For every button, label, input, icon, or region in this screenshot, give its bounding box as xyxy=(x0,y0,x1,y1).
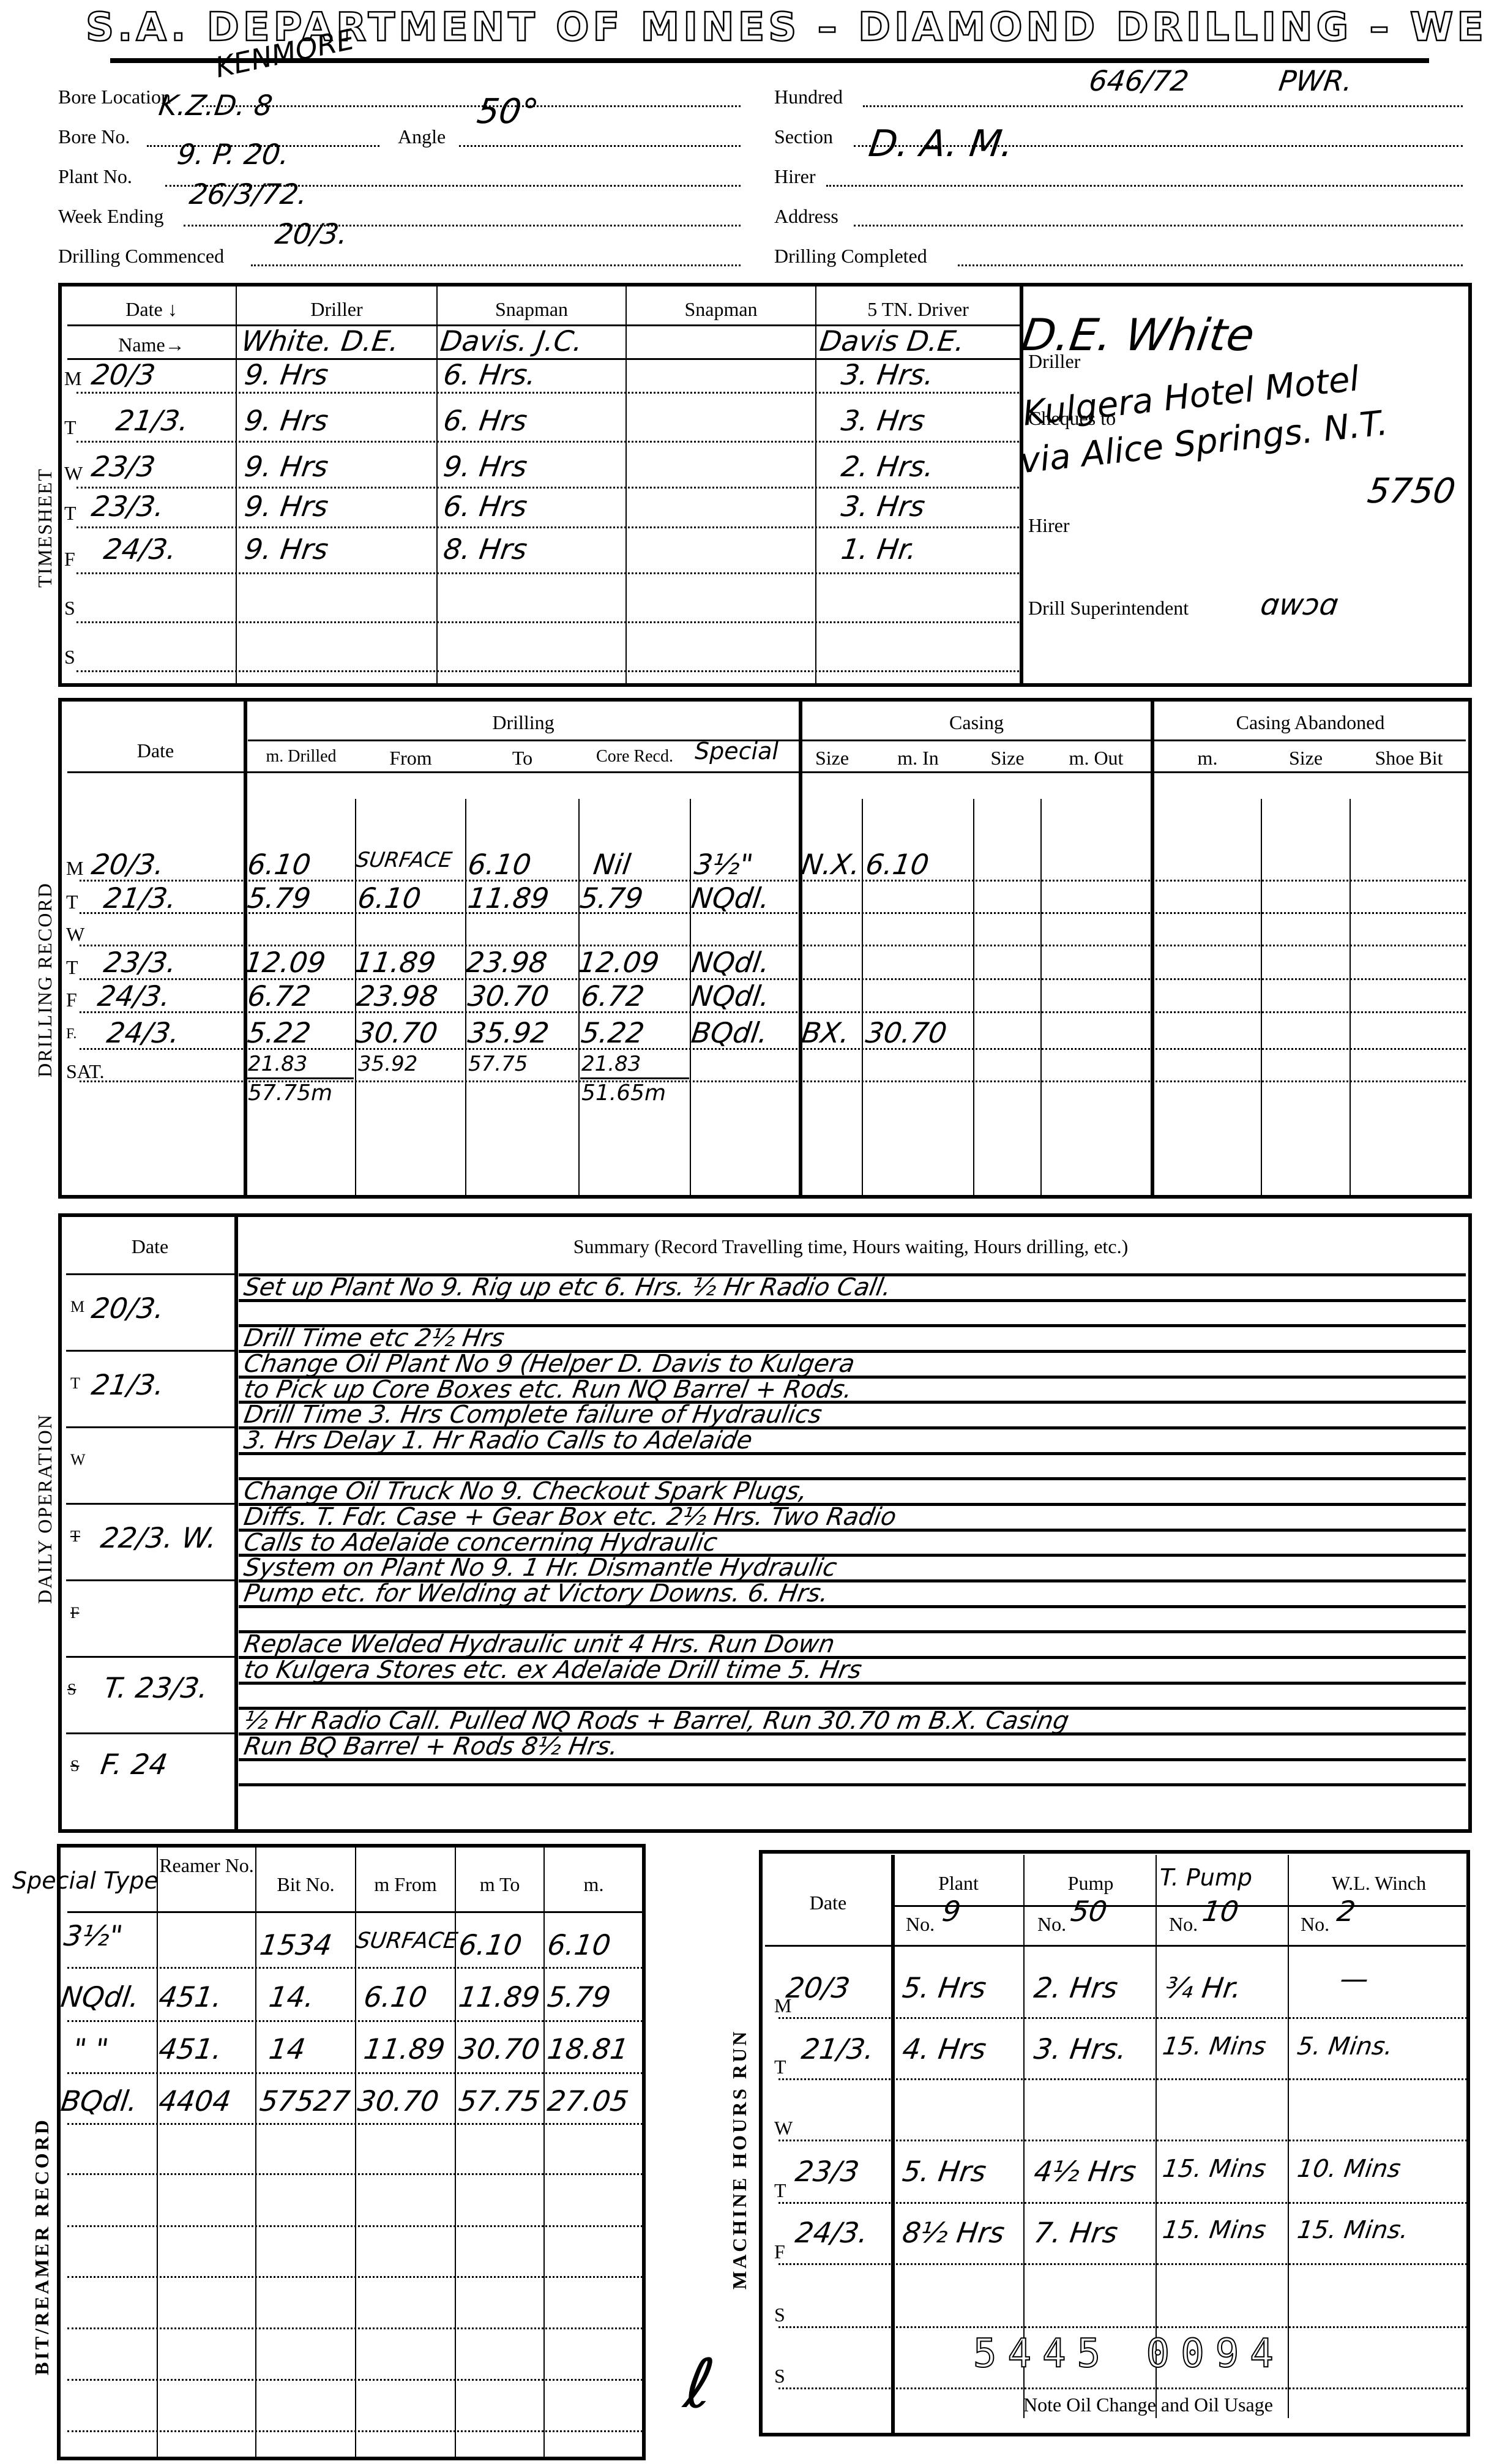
br-from: SURFACE xyxy=(354,1928,459,1953)
dr-divider xyxy=(465,799,466,1197)
mh-pump-no: 50 xyxy=(1069,1895,1109,1928)
superintendent-signature: ɑwɔɑ xyxy=(1258,588,1340,622)
panel-hirer-label: Hirer xyxy=(1028,514,1070,537)
ts-snapman-hours: 6. Hrs xyxy=(441,404,529,437)
dr-core-recd: 5.22 xyxy=(579,1016,646,1049)
br-rule xyxy=(67,1911,643,1913)
ts-day: W xyxy=(64,462,83,485)
mh-t-pump-no-label: No. xyxy=(1169,1913,1198,1936)
ref-code: PWR. xyxy=(1277,64,1354,97)
initials-signature: ℓ xyxy=(680,2345,719,2423)
ts-name-driver: Davis D.E. xyxy=(818,324,967,358)
br-from: 6.10 xyxy=(362,1980,429,2013)
mh-col-t-pump: T. Pump xyxy=(1160,1864,1252,1891)
mh-winch-hours: 5. Mins. xyxy=(1296,2032,1395,2061)
br-row-line xyxy=(67,2072,643,2074)
dr-casing-m-in: 6.10 xyxy=(864,848,931,881)
hundred-line xyxy=(863,105,1463,107)
drill-superintendent-label: Drill Superintendent xyxy=(1028,597,1189,620)
bore-no-value: K.Z.D. 8 xyxy=(157,89,274,122)
dr-col-from: From xyxy=(356,747,465,770)
do-summary-line: Drill Time 3. Hrs Complete failure of Hy… xyxy=(242,1401,824,1429)
dr-subtotal-to: 57.75 xyxy=(468,1052,528,1076)
dr-day: T xyxy=(66,956,78,979)
drilling-record-section-label: DRILLING RECORD xyxy=(34,882,56,1077)
dr-from: 11.89 xyxy=(353,946,438,979)
ts-snapman-hours: 6. Hrs. xyxy=(441,358,538,391)
mh-winch-hours: — xyxy=(1338,1962,1371,1995)
dr-day: SAT. xyxy=(66,1060,105,1083)
do-date-rule xyxy=(66,1426,234,1428)
dr-to: 23.98 xyxy=(464,946,549,979)
dr-total-core-recd: 51.65m xyxy=(581,1080,666,1106)
daily-operation-section-label: DAILY OPERATION xyxy=(34,1414,56,1604)
ts-col-driver: 5 TN. Driver xyxy=(816,298,1020,321)
ts-divider xyxy=(625,286,627,683)
ts-col-snapman2: Snapman xyxy=(627,298,815,321)
dr-to: 6.10 xyxy=(466,848,533,881)
br-bit: 57527 xyxy=(258,2084,352,2118)
dr-col-to: To xyxy=(466,747,578,770)
ts-row-line xyxy=(77,670,1019,672)
do-day: M xyxy=(70,1298,84,1316)
dr-col-abandoned-size: Size xyxy=(1262,747,1350,770)
dr-day: M xyxy=(66,857,83,880)
br-row-line xyxy=(67,2327,643,2329)
do-summary-line: ½ Hr Radio Call. Pulled NQ Rods + Barrel… xyxy=(242,1707,1071,1735)
br-col-m: m. xyxy=(545,1873,643,1896)
dr-col-core-recd: Core Recd. xyxy=(580,747,690,766)
section-label: Section xyxy=(774,125,833,148)
br-divider xyxy=(255,1848,256,2457)
ts-day: M xyxy=(64,367,81,390)
plant-no-label: Plant No. xyxy=(58,165,132,188)
mh-date: 23/3 xyxy=(793,2155,861,2188)
br-row-line xyxy=(67,2123,643,2125)
dr-to: 30.70 xyxy=(466,979,551,1013)
hundred-label: Hundred xyxy=(774,86,843,108)
ts-row-line xyxy=(77,526,1019,528)
dr-to: 35.92 xyxy=(466,1016,551,1049)
ts-driver-hours: 3. Hrs xyxy=(839,404,927,437)
mh-t-pump-hours: 15. Mins xyxy=(1161,2032,1268,2061)
week-ending-value: 26/3/72. xyxy=(187,178,310,211)
dr-day: T xyxy=(66,891,78,913)
week-ending-line xyxy=(184,225,741,227)
angle-line xyxy=(459,145,741,147)
ts-snapman-hours: 8. Hrs xyxy=(441,533,529,566)
br-col-reamer-label: Reamer No. xyxy=(159,1854,254,1876)
week-ending-label: Week Ending xyxy=(58,205,163,228)
ts-divider xyxy=(815,286,816,683)
dr-m-drilled: 6.10 xyxy=(245,848,313,881)
br-type: " " xyxy=(71,2032,111,2065)
ref-number: 646/72 xyxy=(1087,64,1190,97)
br-to: 6.10 xyxy=(457,1928,524,1961)
bore-no-label: Bore No. xyxy=(58,125,130,148)
mh-plant-hours: 5. Hrs xyxy=(900,2155,988,2188)
plant-no-value: 9. P. 20. xyxy=(175,138,291,171)
mh-day: W xyxy=(774,2117,793,2140)
mh-t-pump-hours: 15. Mins xyxy=(1161,2216,1268,2244)
do-summary-line: to Kulgera Stores etc. ex Adelaide Drill… xyxy=(242,1656,864,1684)
ts-divider xyxy=(236,286,237,683)
mh-row-line xyxy=(778,2387,1467,2389)
dr-date: 21/3. xyxy=(102,882,179,915)
do-summary-header: Summary (Record Travelling time, Hours w… xyxy=(239,1235,1463,1258)
drilling-commenced-line xyxy=(251,264,741,266)
dr-col-special: Special xyxy=(695,738,778,765)
br-col-from: m From xyxy=(356,1873,455,1896)
mh-col-pump: Pump xyxy=(1026,1872,1156,1895)
br-type: NQdl. xyxy=(59,1980,141,2013)
do-line-rule xyxy=(239,1783,1466,1786)
ts-driver-hours: 2. Hrs. xyxy=(839,450,936,483)
dr-date: 20/3. xyxy=(89,848,166,881)
ts-date: 23/3. xyxy=(89,490,166,523)
dr-casing-size: BX. xyxy=(799,1016,851,1049)
br-col-to: m To xyxy=(456,1873,543,1896)
do-summary-line: Drill Time etc 2½ Hrs xyxy=(242,1324,507,1352)
mh-row-line xyxy=(778,2017,1467,2019)
dr-col-shoe-bit: Shoe Bit xyxy=(1351,747,1467,770)
br-bit: 1534 xyxy=(258,1928,334,1961)
do-date-rule xyxy=(66,1350,234,1352)
do-day: W xyxy=(70,1451,86,1469)
dr-subtotal-m-drilled: 21.83 xyxy=(248,1052,307,1076)
dr-col-abandoned-m: m. xyxy=(1154,747,1261,770)
ts-day: S xyxy=(64,597,75,620)
do-day: S xyxy=(70,1757,79,1775)
dr-date: 23/3. xyxy=(102,946,179,979)
dr-date-header: Date xyxy=(67,740,244,762)
ts-name-snapman1: Davis. J.C. xyxy=(438,324,584,358)
mh-rule xyxy=(765,1945,1466,1947)
dr-m-drilled: 6.72 xyxy=(245,979,313,1013)
oil-usage-note: Note Oil Change and Oil Usage xyxy=(1023,2394,1273,2416)
ts-driver-hours: 1. Hr. xyxy=(839,533,919,566)
do-day: F xyxy=(70,1604,79,1622)
dr-col-casing-size: Size xyxy=(802,747,862,770)
dr-divider xyxy=(578,799,580,1197)
mh-row-line xyxy=(778,2078,1467,2080)
do-summary-line: Run BQ Barrel + Rods 8½ Hrs. xyxy=(242,1732,621,1761)
dr-subtotal-core-recd: 21.83 xyxy=(581,1052,641,1076)
ts-day: F xyxy=(64,548,75,571)
mh-row-line xyxy=(778,2263,1467,2265)
drilling-completed-label: Drilling Completed xyxy=(774,245,927,268)
dr-col-m-out: m. Out xyxy=(1042,747,1151,770)
mh-pump-hours: 4½ Hrs xyxy=(1032,2155,1138,2188)
ts-driller-hours: 9. Hrs xyxy=(242,450,330,483)
br-col-reamer: Reamer No. xyxy=(158,1852,255,1879)
mh-day: F xyxy=(774,2241,785,2263)
hirer-line xyxy=(826,185,1463,187)
dr-col-m-drilled: m. Drilled xyxy=(247,747,355,766)
dr-col-size-out: Size xyxy=(974,747,1040,770)
br-to: 11.89 xyxy=(457,1980,542,2013)
drilling-commenced-value: 20/3. xyxy=(273,217,350,250)
do-day: T xyxy=(70,1374,80,1393)
ts-row-line xyxy=(77,441,1019,443)
dr-casing-header: Casing xyxy=(802,711,1151,734)
dr-divider xyxy=(1151,702,1154,1195)
dr-day: F. xyxy=(66,1026,77,1043)
br-from: 30.70 xyxy=(356,2084,441,2118)
driller-signature: D.E. White xyxy=(1018,309,1258,361)
ts-row-line xyxy=(77,621,1019,623)
mh-winch-hours: 10. Mins xyxy=(1296,2155,1403,2183)
mh-pump-hours: 3. Hrs. xyxy=(1032,2032,1129,2065)
do-date: F. 24 xyxy=(99,1748,170,1781)
ts-col-date: Date ↓ xyxy=(67,298,236,321)
dr-rule xyxy=(248,740,1466,741)
do-date-rule xyxy=(66,1579,234,1581)
dr-m-drilled: 5.22 xyxy=(245,1016,313,1049)
br-row-line xyxy=(67,2225,643,2227)
dr-col-m-in: m. In xyxy=(863,747,973,770)
br-bit: 14. xyxy=(267,1980,316,2013)
br-divider xyxy=(543,1848,545,2457)
br-reamer: 4404 xyxy=(157,2084,233,2118)
mh-date: 24/3. xyxy=(793,2216,870,2249)
mh-t-pump-hours: 15. Mins xyxy=(1161,2155,1268,2183)
br-m: 6.10 xyxy=(545,1928,613,1961)
mh-date: 20/3 xyxy=(784,1971,852,2004)
ts-driller-hours: 9. Hrs xyxy=(242,490,330,523)
mh-divider xyxy=(1288,1855,1289,2418)
br-row-line xyxy=(67,2276,643,2278)
address-line xyxy=(854,225,1463,227)
address-label: Address xyxy=(774,205,838,228)
meter-stamp: 5445 0094 xyxy=(973,2331,1285,2376)
mh-plant-hours: 4. Hrs xyxy=(900,2032,988,2065)
br-type: 3½" xyxy=(62,1919,125,1952)
mh-pump-hours: 7. Hrs xyxy=(1032,2216,1120,2249)
dr-core-recd: 6.72 xyxy=(579,979,646,1013)
do-summary-line: Calls to Adelaide concerning Hydraulic xyxy=(242,1529,719,1557)
do-summary-line: Replace Welded Hydraulic unit 4 Hrs. Run… xyxy=(242,1630,837,1658)
dr-m-drilled: 12.09 xyxy=(242,946,327,979)
mh-t-pump-no: 10 xyxy=(1200,1895,1241,1928)
do-date: 22/3. W. xyxy=(99,1521,218,1554)
do-day: T xyxy=(70,1527,80,1546)
br-bit: 14 xyxy=(267,2032,307,2065)
dr-divider xyxy=(973,799,974,1197)
mh-plant-hours: 8½ Hrs xyxy=(900,2216,1007,2249)
do-date-rule xyxy=(66,1503,234,1505)
do-date-rule xyxy=(66,1732,234,1734)
ts-driller-hours: 9. Hrs xyxy=(242,404,330,437)
do-summary-line: 3. Hrs Delay 1. Hr Radio Calls to Adelai… xyxy=(242,1426,755,1455)
br-from: 11.89 xyxy=(362,2032,447,2065)
ts-day: T xyxy=(64,416,77,439)
br-to: 30.70 xyxy=(457,2032,542,2065)
timesheet-section-label: TIMESHEET xyxy=(34,468,56,588)
dr-day: W xyxy=(66,923,84,946)
dr-divider xyxy=(1350,799,1351,1197)
do-date: 21/3. xyxy=(89,1368,166,1401)
ts-date: 24/3. xyxy=(102,533,179,566)
br-m: 27.05 xyxy=(545,2084,630,2118)
dr-casing-m-in: 30.70 xyxy=(864,1016,949,1049)
do-summary-line: to Pick up Core Boxes etc. Run NQ Barrel… xyxy=(242,1376,854,1404)
br-row-line xyxy=(67,2430,643,2432)
mh-day: T xyxy=(774,2056,786,2078)
dr-special: NQdl. xyxy=(689,882,772,915)
dr-from: 6.10 xyxy=(356,882,423,915)
br-to: 57.75 xyxy=(457,2084,542,2118)
ts-row-line xyxy=(77,572,1019,574)
ts-driller-hours: 9. Hrs xyxy=(242,358,330,391)
do-divider xyxy=(234,1217,238,1829)
dr-special: NQdl. xyxy=(689,946,772,979)
do-date-rule xyxy=(66,1656,234,1658)
do-summary-line: Change Oil Truck No 9. Checkout Spark Pl… xyxy=(242,1477,810,1505)
dr-day: F xyxy=(66,989,77,1011)
do-day: S xyxy=(67,1680,76,1699)
mh-plant-no-label: No. xyxy=(906,1913,935,1936)
br-col-bit: Bit No. xyxy=(256,1873,355,1896)
bore-location-label: Bore Location xyxy=(58,86,171,108)
br-row-line xyxy=(67,2020,643,2022)
mh-date-header: Date xyxy=(765,1892,891,1914)
drilling-completed-line xyxy=(958,264,1463,266)
mh-t-pump-hours: ¾ Hr. xyxy=(1163,1971,1244,2004)
dr-from: 30.70 xyxy=(354,1016,439,1049)
mh-col-plant: Plant xyxy=(894,1872,1023,1895)
dr-total-m-drilled: 57.75m xyxy=(248,1080,332,1106)
drilling-commenced-label: Drilling Commenced xyxy=(58,245,224,268)
do-date-header: Date xyxy=(67,1235,233,1258)
mh-day: S xyxy=(774,2304,785,2326)
mh-date: 21/3. xyxy=(799,2032,876,2065)
ts-date: 23/3 xyxy=(89,450,157,483)
br-m: 5.79 xyxy=(545,1980,613,2013)
do-date: T. 23/3. xyxy=(102,1671,210,1704)
dr-subtotal-from: 35.92 xyxy=(358,1052,417,1076)
dr-divider xyxy=(799,702,802,1195)
br-reamer: 451. xyxy=(157,1980,224,2013)
br-divider xyxy=(157,1848,158,2457)
mh-winch-hours: 15. Mins. xyxy=(1296,2216,1410,2244)
machine-hours-section-label: MACHINE HOURS RUN xyxy=(728,2029,751,2290)
ts-snapman-hours: 9. Hrs xyxy=(441,450,529,483)
ts-date: 21/3. xyxy=(114,404,191,437)
ts-date: 20/3 xyxy=(89,358,157,391)
dr-from: SURFACE xyxy=(354,848,454,872)
dr-m-drilled: 5.79 xyxy=(245,882,313,915)
mh-day: T xyxy=(774,2179,786,2202)
dr-to: 11.89 xyxy=(466,882,551,915)
br-reamer: 451. xyxy=(157,2032,224,2065)
dr-special: BQdl. xyxy=(689,1016,770,1049)
bore-location-line xyxy=(202,105,741,107)
ts-day: S xyxy=(64,646,75,668)
mh-row-line xyxy=(778,2326,1467,2328)
ts-name-driller: White. D.E. xyxy=(239,324,401,358)
do-date: 20/3. xyxy=(89,1292,166,1325)
mh-col-wl-winch: W.L. Winch xyxy=(1290,1872,1468,1895)
ts-driller-hours: 9. Hrs xyxy=(242,533,330,566)
angle-label: Angle xyxy=(398,125,446,148)
ts-name-label: Name→ xyxy=(67,334,236,356)
cheques-to-postcode: 5750 xyxy=(1365,471,1458,511)
mh-pump-hours: 2. Hrs xyxy=(1032,1971,1120,2004)
mh-divider xyxy=(891,1855,895,2433)
do-date-rule xyxy=(66,1273,234,1275)
br-m: 18.81 xyxy=(545,2032,630,2065)
br-row-line xyxy=(67,1967,643,1969)
br-row-line xyxy=(67,2173,643,2175)
do-summary-line: System on Plant No 9. 1 Hr. Dismantle Hy… xyxy=(242,1554,839,1582)
dr-casing-size: N.X. xyxy=(799,848,862,881)
dr-total-rule xyxy=(580,1077,689,1079)
dr-core-recd: Nil xyxy=(591,848,633,881)
dr-special: 3½" xyxy=(692,848,755,881)
do-summary-line: Diffs. T. Fdr. Case + Gear Box etc. 2½ H… xyxy=(242,1503,898,1531)
br-col-type: Special Type xyxy=(12,1867,159,1894)
br-row-line xyxy=(67,2379,643,2381)
dr-divider xyxy=(1040,799,1042,1197)
do-summary-line: Change Oil Plant No 9 (Helper D. Davis t… xyxy=(242,1350,857,1378)
mh-row-line xyxy=(778,2140,1467,2141)
do-summary-line: Pump etc. for Welding at Victory Downs. … xyxy=(242,1579,831,1608)
do-summary-line: Set up Plant No 9. Rig up etc 6. Hrs. ½ … xyxy=(242,1273,894,1301)
dr-special: NQdl. xyxy=(689,979,772,1013)
mh-day: S xyxy=(774,2365,785,2387)
dr-total-rule xyxy=(245,1077,354,1079)
ts-divider xyxy=(436,286,438,683)
dr-casing-abandoned-header: Casing Abandoned xyxy=(1154,711,1466,734)
bit-reamer-section-label: BIT/REAMER RECORD xyxy=(31,2118,53,2375)
mh-rule xyxy=(894,1905,1466,1907)
dr-from: 23.98 xyxy=(354,979,439,1013)
dr-divider xyxy=(862,799,863,1197)
br-type: BQdl. xyxy=(59,2084,140,2118)
ts-driver-hours: 3. Hrs. xyxy=(839,358,936,391)
ts-driver-hours: 3. Hrs xyxy=(839,490,927,523)
dr-core-recd: 12.09 xyxy=(576,946,661,979)
ts-day: T xyxy=(64,502,77,525)
ts-snapman-hours: 6. Hrs xyxy=(441,490,529,523)
dr-rule xyxy=(67,771,1469,773)
ts-col-driller: Driller xyxy=(237,298,436,321)
dr-drilling-header: Drilling xyxy=(248,711,799,734)
mh-pump-no-label: No. xyxy=(1037,1913,1066,1936)
mh-winch-no-label: No. xyxy=(1301,1913,1329,1936)
hirer-value: D. A. M. xyxy=(866,122,1016,165)
ts-col-snapman1: Snapman xyxy=(438,298,625,321)
mh-plant-hours: 5. Hrs xyxy=(900,1971,988,2004)
dr-divider xyxy=(1261,799,1262,1197)
ts-row-line xyxy=(77,487,1019,489)
dr-date: 24/3. xyxy=(95,979,173,1013)
angle-value: 50° xyxy=(474,92,540,132)
mh-row-line xyxy=(778,2202,1467,2204)
dr-date: 24/3. xyxy=(105,1016,182,1049)
ts-row-line xyxy=(77,392,1019,394)
hirer-label: Hirer xyxy=(774,165,816,188)
dr-core-recd: 5.79 xyxy=(578,882,645,915)
